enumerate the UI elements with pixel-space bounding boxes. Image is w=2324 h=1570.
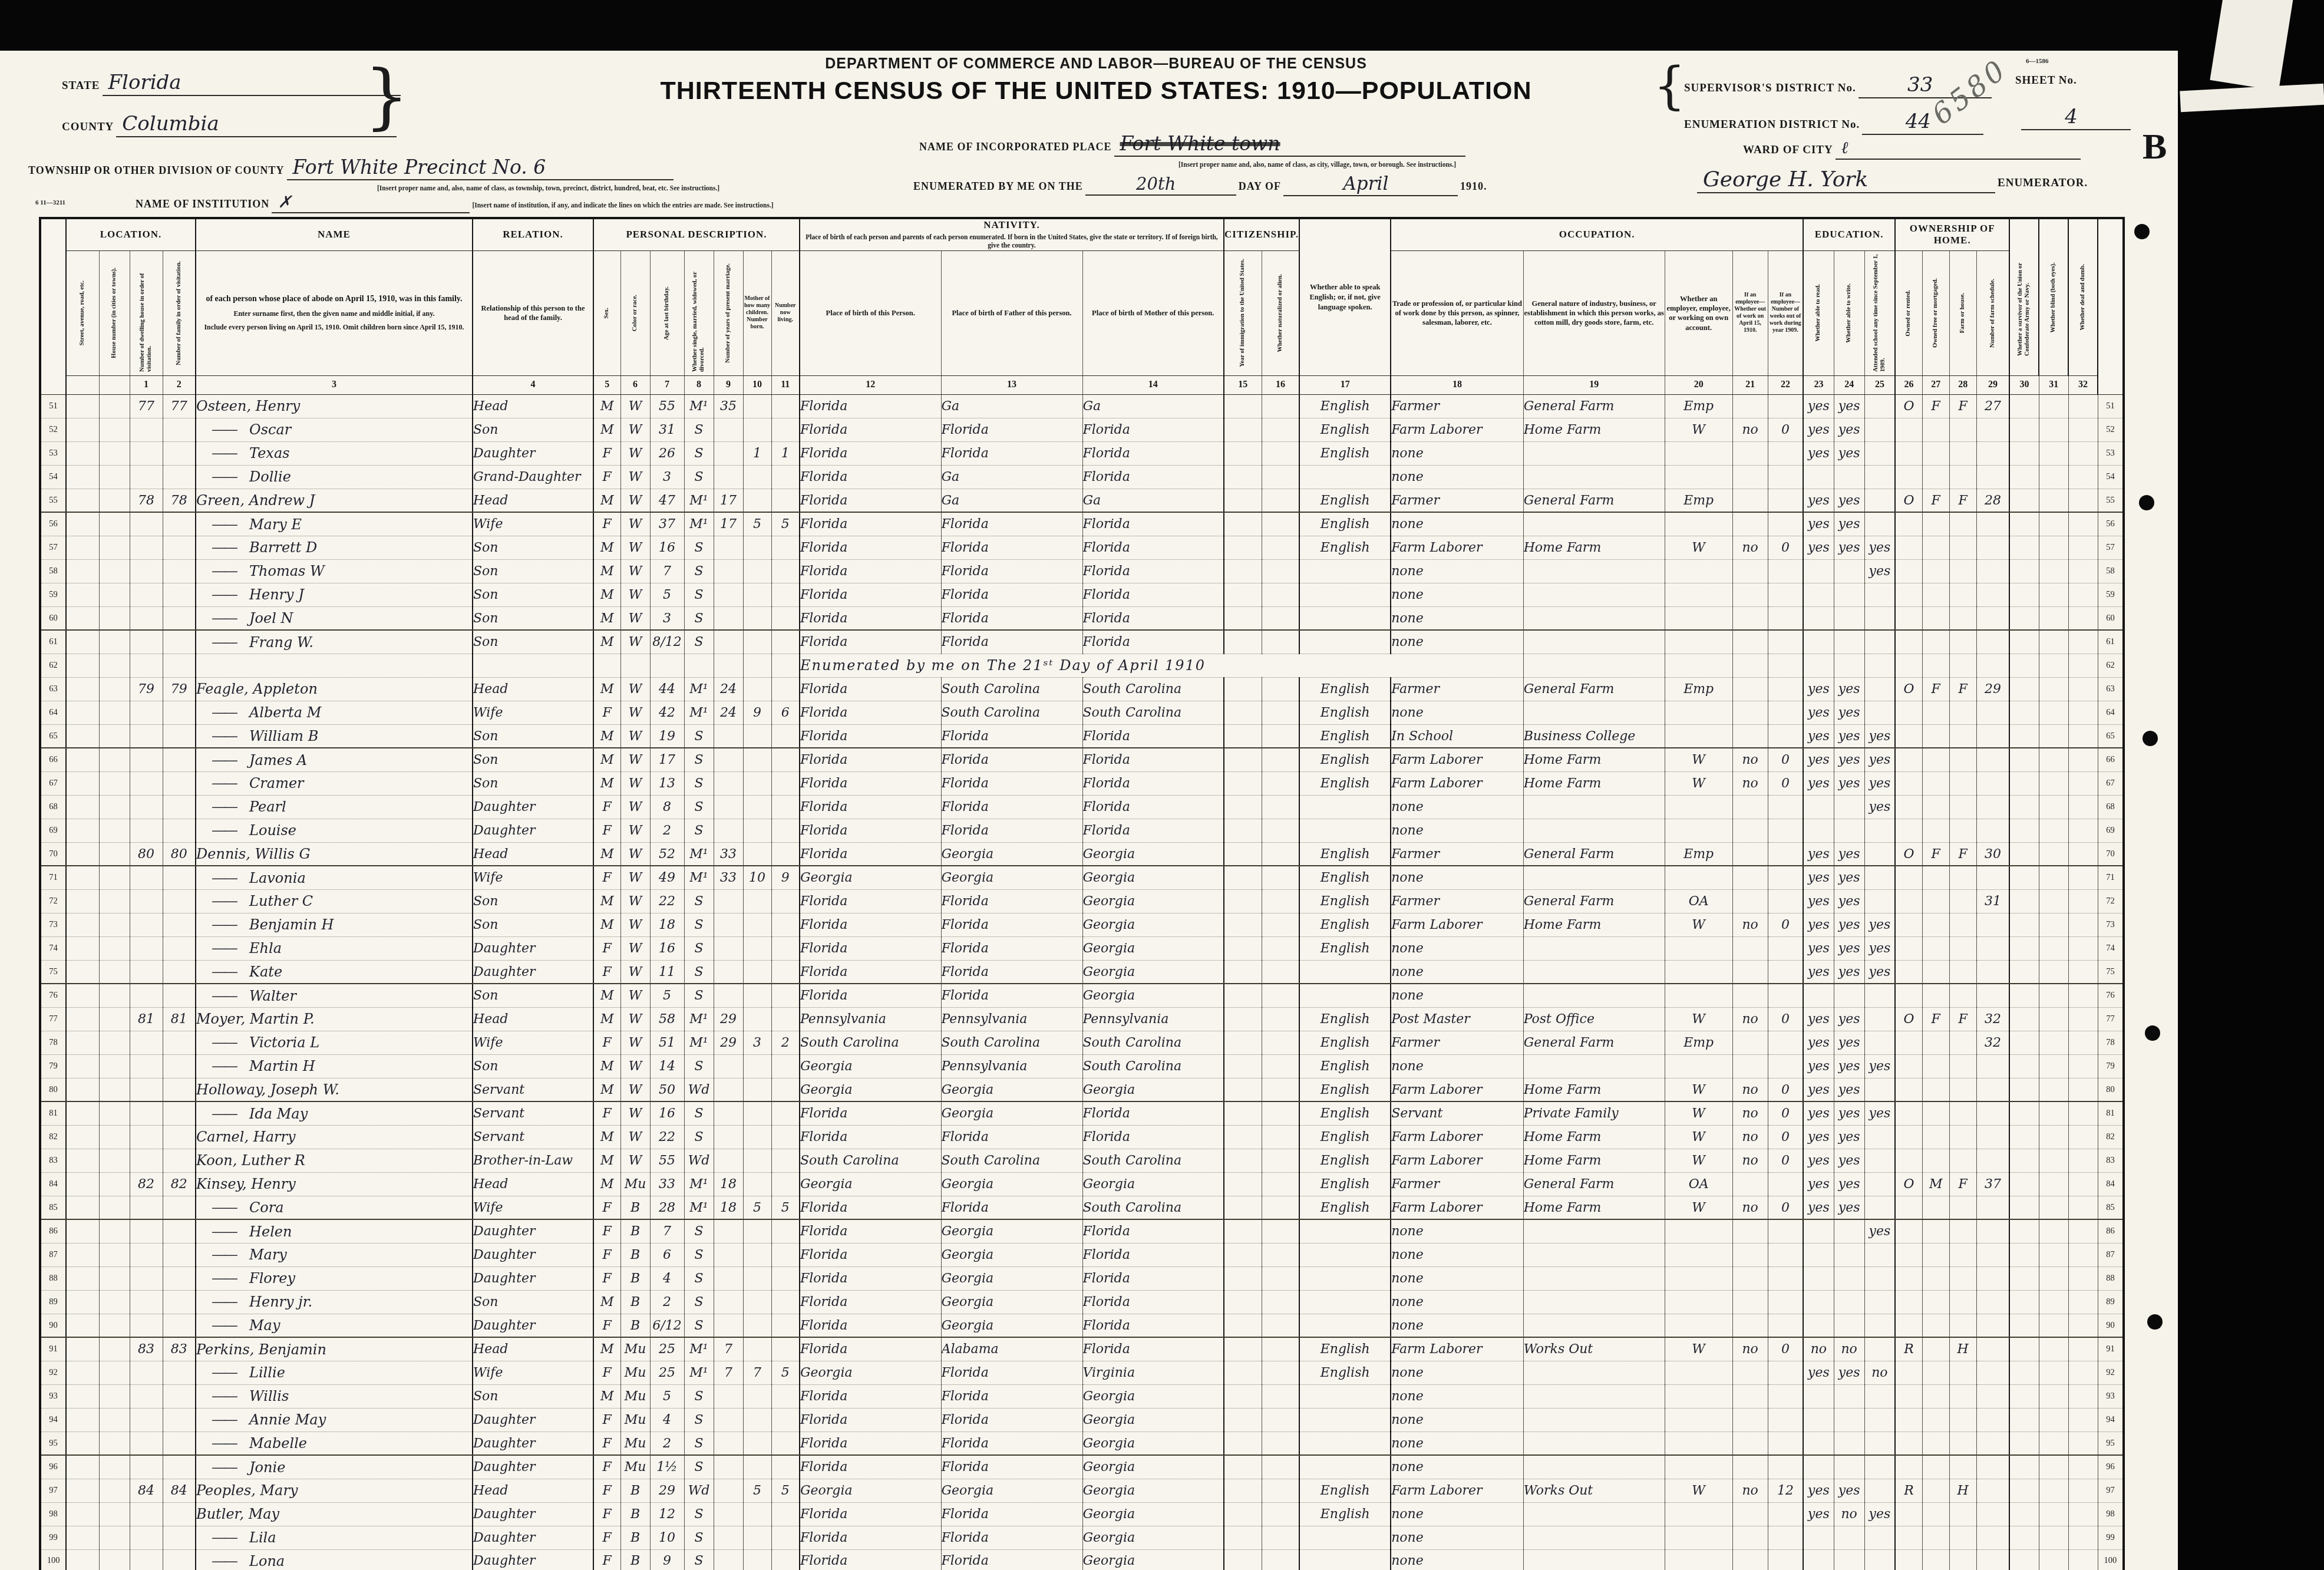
cell-oc: Farmer — [1391, 889, 1523, 913]
cell-o9 — [1976, 536, 2009, 559]
cell-ind: General Farm — [1523, 1031, 1665, 1054]
cell-v1 — [2039, 1337, 2068, 1361]
cell-pm: Georgia — [1082, 1172, 1224, 1196]
cell-em — [1665, 984, 1732, 1007]
cell-v0 — [2009, 1290, 2039, 1314]
cell-v2 — [2068, 1007, 2098, 1031]
cell-v0 — [2009, 1196, 2039, 1219]
cell-o8: F — [1949, 1007, 1976, 1031]
line-number-right: 74 — [2098, 936, 2124, 960]
cell-v0 — [2009, 1031, 2039, 1054]
cell-d: 81 — [130, 1007, 163, 1031]
cell-ow — [1732, 1243, 1768, 1266]
cell-oc: none — [1391, 1526, 1523, 1549]
cell-rel: Son — [473, 583, 593, 606]
cell-sc: yes — [1864, 913, 1895, 936]
cell-o6 — [1895, 1266, 1922, 1290]
table-row: 90——MayDaughterFB6/12SFloridaGeorgiaFlor… — [40, 1314, 2124, 1337]
cell-ms: S — [684, 630, 714, 654]
column-number: 30 — [2009, 375, 2039, 394]
line-number-right: 51 — [2098, 394, 2124, 418]
line-number-right: 82 — [2098, 1125, 2124, 1149]
cell-o6 — [1895, 654, 1922, 677]
cell-wr — [1834, 1526, 1864, 1549]
cell-co: B — [620, 1502, 650, 1526]
cell-sx: F — [593, 1455, 620, 1479]
cell-cb — [743, 889, 771, 913]
table-header: LOCATION.NAMERELATION.PERSONAL DESCRIPTI… — [40, 218, 2124, 394]
cell-name: ——Lona — [196, 1549, 473, 1570]
cell-cb — [743, 1384, 771, 1408]
cell-ind — [1523, 559, 1665, 583]
cell-em — [1665, 1526, 1732, 1549]
cell-sx: M — [593, 583, 620, 606]
column-desc-pm: Place of birth of Mother of this person. — [1082, 250, 1224, 375]
cell-ym — [714, 1384, 743, 1408]
cell-street — [66, 1479, 99, 1502]
line-number-right: 80 — [2098, 1078, 2124, 1101]
cell-wr — [1834, 559, 1864, 583]
cell-oc: none — [1391, 606, 1523, 630]
cell-d — [130, 1314, 163, 1337]
cell-age: 28 — [650, 1196, 684, 1219]
cell-ind: Home Farm — [1523, 1149, 1665, 1172]
cell-v2 — [2068, 795, 2098, 819]
cell-house — [99, 842, 130, 866]
cell-cb — [743, 724, 771, 748]
cell-o8 — [1949, 1031, 1976, 1054]
cell-ms: S — [684, 1408, 714, 1432]
cell-pb: Florida — [800, 1549, 941, 1570]
cell-sx: F — [593, 1219, 620, 1243]
cell-v2 — [2068, 1031, 2098, 1054]
cell-o7 — [1922, 748, 1949, 771]
cell-oc: none — [1391, 1243, 1523, 1266]
cell-age: 51 — [650, 1031, 684, 1054]
cell-pm: Georgia — [1082, 1408, 1224, 1432]
cell-co: W — [620, 1078, 650, 1101]
line-number-right: 58 — [2098, 559, 2124, 583]
cell-ms: M¹ — [684, 512, 714, 536]
cell-en — [1299, 1219, 1391, 1243]
cell-pb: Florida — [800, 630, 941, 654]
cell-d — [130, 654, 163, 677]
cell-wr — [1834, 795, 1864, 819]
cell-sc — [1864, 1337, 1895, 1361]
cell-age: 47 — [650, 489, 684, 512]
cell-na — [1262, 1455, 1299, 1479]
table-row: 65——William BSonMW19SFloridaFloridaFlori… — [40, 724, 2124, 748]
cell-o6 — [1895, 1361, 1922, 1384]
cell-o7 — [1922, 1125, 1949, 1149]
column-desc-pf: Place of birth of Father of this person. — [941, 250, 1082, 375]
cell-name: Koon, Luther R — [196, 1149, 473, 1172]
cell-d — [130, 771, 163, 795]
cell-name: ——Lavonia — [196, 866, 473, 889]
cell-street — [66, 748, 99, 771]
cell-im — [1224, 465, 1262, 489]
cell-sc: yes — [1864, 1054, 1895, 1078]
cell-cb — [743, 1290, 771, 1314]
cell-im — [1224, 1007, 1262, 1031]
cell-en — [1299, 630, 1391, 654]
column-number: 7 — [650, 375, 684, 394]
cell-v2 — [2068, 1479, 2098, 1502]
cell-cl — [771, 1219, 800, 1243]
cell-v1 — [2039, 960, 2068, 984]
cell-o9: 30 — [1976, 842, 2009, 866]
cell-im — [1224, 1455, 1262, 1479]
cell-o6 — [1895, 795, 1922, 819]
cell-street — [66, 512, 99, 536]
line-number-right: 65 — [2098, 724, 2124, 748]
cell-ym — [714, 1290, 743, 1314]
column-group-12: Whether blind (both eyes). — [2039, 218, 2068, 375]
cell-rel: Daughter — [473, 1408, 593, 1432]
cell-na — [1262, 819, 1299, 842]
cell-ind: General Farm — [1523, 489, 1665, 512]
cell-v1 — [2039, 1455, 2068, 1479]
cell-pm: Florida — [1082, 630, 1224, 654]
cell-o6 — [1895, 1455, 1922, 1479]
cell-rd — [1803, 1243, 1834, 1266]
line-number-left: 94 — [40, 1408, 66, 1432]
cell-f — [163, 1384, 196, 1408]
cell-sx: F — [593, 1101, 620, 1125]
column-number: 16 — [1262, 375, 1299, 394]
table-row: 88——FloreyDaughterFB4SFloridaGeorgiaFlor… — [40, 1266, 2124, 1290]
cell-cb — [743, 606, 771, 630]
cell-d — [130, 1384, 163, 1408]
cell-name: ——Alberta M — [196, 701, 473, 724]
cell-o6: O — [1895, 1172, 1922, 1196]
cell-im — [1224, 913, 1262, 936]
table-row: 92——LillieWifeFMu25M¹775GeorgiaFloridaVi… — [40, 1361, 2124, 1384]
cell-pb: Florida — [800, 771, 941, 795]
cell-rd: no — [1803, 1337, 1834, 1361]
cell-sx: F — [593, 936, 620, 960]
cell-d — [130, 1455, 163, 1479]
cell-en: English — [1299, 913, 1391, 936]
cell-house — [99, 1455, 130, 1479]
cell-v2 — [2068, 1290, 2098, 1314]
cell-o8 — [1949, 1549, 1976, 1570]
cell-d — [130, 583, 163, 606]
cell-pm: Florida — [1082, 1101, 1224, 1125]
table-row: 52——OscarSonMW31SFloridaFloridaFloridaEn… — [40, 418, 2124, 441]
cell-en — [1299, 1455, 1391, 1479]
cell-pm: Georgia — [1082, 1432, 1224, 1455]
cell-sc — [1864, 1290, 1895, 1314]
enumerated-label: ENUMERATED BY ME ON THE — [913, 180, 1083, 192]
cell-ow — [1732, 394, 1768, 418]
column-number: 5 — [593, 375, 620, 394]
cell-o6 — [1895, 465, 1922, 489]
cell-o8 — [1949, 418, 1976, 441]
cell-o7: F — [1922, 842, 1949, 866]
county-value: Columbia — [122, 112, 219, 136]
line-number-right: 56 — [2098, 512, 2124, 536]
cell-o9: 27 — [1976, 394, 2009, 418]
cell-em — [1665, 960, 1732, 984]
cell-o7 — [1922, 1219, 1949, 1243]
cell-pf: South Carolina — [941, 677, 1082, 701]
cell-ym — [714, 1479, 743, 1502]
cell-rd: yes — [1803, 1149, 1834, 1172]
cell-o6 — [1895, 1243, 1922, 1266]
cell-f — [163, 1290, 196, 1314]
cell-house — [99, 1125, 130, 1149]
cell-wk — [1768, 512, 1803, 536]
cell-sx: F — [593, 960, 620, 984]
cell-house — [99, 583, 130, 606]
line-number-column — [40, 218, 66, 394]
punch-hole — [2139, 495, 2154, 510]
enumerator-label: ENUMERATOR. — [1998, 177, 2088, 189]
cell-d — [130, 1361, 163, 1384]
cell-na — [1262, 1408, 1299, 1432]
cell-o7 — [1922, 1290, 1949, 1314]
township-label: TOWNSHIP OR OTHER DIVISION OF COUNTY — [28, 164, 285, 176]
cell-o6 — [1895, 1149, 1922, 1172]
cell-ym — [714, 724, 743, 748]
cell-oc: Farm Laborer — [1391, 748, 1523, 771]
cell-o7 — [1922, 1502, 1949, 1526]
cell-v2 — [2068, 1432, 2098, 1455]
cell-ym: 18 — [714, 1196, 743, 1219]
line-number-left: 95 — [40, 1432, 66, 1455]
cell-wr — [1834, 630, 1864, 654]
column-desc-rd: Whether able to read. — [1803, 250, 1834, 375]
cell-v1 — [2039, 1196, 2068, 1219]
cell-v1 — [2039, 559, 2068, 583]
cell-rd: yes — [1803, 1172, 1834, 1196]
cell-cb — [743, 842, 771, 866]
state-label: STATE — [62, 80, 100, 92]
cell-o8 — [1949, 1196, 1976, 1219]
cell-v2 — [2068, 701, 2098, 724]
cell-v0 — [2009, 512, 2039, 536]
cell-im — [1224, 819, 1262, 842]
cell-o9 — [1976, 1149, 2009, 1172]
cell-ind: Home Farm — [1523, 913, 1665, 936]
line-number-right: 66 — [2098, 748, 2124, 771]
cell-o7: M — [1922, 1172, 1949, 1196]
table-row: 848282Kinsey, HenryHeadMMu33M¹18GeorgiaG… — [40, 1172, 2124, 1196]
cell-age: 10 — [650, 1526, 684, 1549]
cell-o6 — [1895, 889, 1922, 913]
cell-ms: M¹ — [684, 1196, 714, 1219]
cell-wk — [1768, 1408, 1803, 1432]
cell-na — [1262, 559, 1299, 583]
cell-pm: Florida — [1082, 1125, 1224, 1149]
cell-cb: 5 — [743, 1479, 771, 1502]
cell-ow — [1732, 512, 1768, 536]
cell-cl — [771, 842, 800, 866]
line-number-right: 57 — [2098, 536, 2124, 559]
cell-rel: Head — [473, 1337, 593, 1361]
cell-co: B — [620, 1314, 650, 1337]
cell-house — [99, 1078, 130, 1101]
cell-cl — [771, 1149, 800, 1172]
cell-pf: Florida — [941, 441, 1082, 465]
cell-ow — [1732, 606, 1768, 630]
cell-cb — [743, 1149, 771, 1172]
column-desc-o6: Owned or rented. — [1895, 250, 1922, 375]
cell-rel: Son — [473, 606, 593, 630]
column-desc-house: House number (in cities or towns). — [99, 250, 130, 375]
line-number-left: 96 — [40, 1455, 66, 1479]
cell-co: W — [620, 1125, 650, 1149]
line-number-left: 93 — [40, 1384, 66, 1408]
table-row: 85——CoraWifeFB28M¹1855FloridaFloridaSout… — [40, 1196, 2124, 1219]
cell-em — [1665, 465, 1732, 489]
table-row: 978484Peoples, MaryHeadFB29Wd55GeorgiaGe… — [40, 1479, 2124, 1502]
cell-cl — [771, 1455, 800, 1479]
cell-pf: Georgia — [941, 1243, 1082, 1266]
cell-age: 31 — [650, 418, 684, 441]
cell-ym: 24 — [714, 677, 743, 701]
cell-em — [1665, 512, 1732, 536]
cell-sx: M — [593, 724, 620, 748]
cell-oc: none — [1391, 701, 1523, 724]
cell-en: English — [1299, 1078, 1391, 1101]
cell-ind — [1523, 984, 1665, 1007]
cell-co: W — [620, 771, 650, 795]
cell-ms: Wd — [684, 1078, 714, 1101]
cell-house — [99, 1031, 130, 1054]
cell-oc: none — [1391, 1384, 1523, 1408]
cell-age: 16 — [650, 936, 684, 960]
cell-oc: Post Master — [1391, 1007, 1523, 1031]
cell-ind: Private Family — [1523, 1101, 1665, 1125]
cell-o6 — [1895, 819, 1922, 842]
cell-em — [1665, 936, 1732, 960]
cell-f — [163, 1101, 196, 1125]
cell-oc: none — [1391, 819, 1523, 842]
cell-rd: yes — [1803, 1502, 1834, 1526]
cell-ym: 35 — [714, 394, 743, 418]
cell-wr: yes — [1834, 1125, 1864, 1149]
cell-cl: 5 — [771, 1361, 800, 1384]
cell-o8 — [1949, 771, 1976, 795]
cell-rd — [1803, 630, 1834, 654]
cell-cb — [743, 1172, 771, 1196]
cell-rd — [1803, 1455, 1834, 1479]
line-number-right: 90 — [2098, 1314, 2124, 1337]
institution-value: ✗ — [278, 192, 291, 212]
cell-cl — [771, 489, 800, 512]
cell-v1 — [2039, 819, 2068, 842]
table-row: 93——WillisSonMMu5SFloridaFloridaGeorgian… — [40, 1384, 2124, 1408]
cell-ym — [714, 1149, 743, 1172]
cell-ms: S — [684, 1502, 714, 1526]
cell-pf: South Carolina — [941, 1149, 1082, 1172]
cell-im — [1224, 1408, 1262, 1432]
column-desc-o8: Farm or house. — [1949, 250, 1976, 375]
cell-v0 — [2009, 536, 2039, 559]
cell-co: B — [620, 1526, 650, 1549]
cell-wr: yes — [1834, 489, 1864, 512]
cell-sc — [1864, 842, 1895, 866]
cell-pf: Florida — [941, 795, 1082, 819]
cell-oc: none — [1391, 1432, 1523, 1455]
cell-v0 — [2009, 913, 2039, 936]
cell-v0 — [2009, 1101, 2039, 1125]
cell-em — [1665, 1266, 1732, 1290]
cell-f — [163, 748, 196, 771]
cell-ms: S — [684, 748, 714, 771]
cell-sc: yes — [1864, 748, 1895, 771]
cell-o8: H — [1949, 1337, 1976, 1361]
line-number-right: 76 — [2098, 984, 2124, 1007]
cell-im — [1224, 1526, 1262, 1549]
cell-ms: S — [684, 1243, 714, 1266]
cell-em — [1665, 583, 1732, 606]
cell-pb: Florida — [800, 465, 941, 489]
line-number-left: 59 — [40, 583, 66, 606]
incorporated-place-field: NAME OF INCORPORATED PLACE Fort White to… — [919, 132, 1465, 157]
cell-d — [130, 1054, 163, 1078]
cell-cl — [771, 654, 800, 677]
cell-wr — [1834, 606, 1864, 630]
cell-em: W — [1665, 1007, 1732, 1031]
cell-o8 — [1949, 465, 1976, 489]
cell-age: 4 — [650, 1408, 684, 1432]
cell-o6 — [1895, 1196, 1922, 1219]
cell-sc — [1864, 1078, 1895, 1101]
cell-street — [66, 606, 99, 630]
cell-d — [130, 1196, 163, 1219]
table-row: 87——MaryDaughterFB6SFloridaGeorgiaFlorid… — [40, 1243, 2124, 1266]
cell-o9 — [1976, 960, 2009, 984]
cell-oc: none — [1391, 512, 1523, 536]
cell-cl — [771, 1432, 800, 1455]
cell-cl: 9 — [771, 866, 800, 889]
cell-sc: yes — [1864, 960, 1895, 984]
cell-em: W — [1665, 1125, 1732, 1149]
line-number-left: 52 — [40, 418, 66, 441]
cell-o8 — [1949, 1432, 1976, 1455]
cell-sx: F — [593, 819, 620, 842]
cell-v2 — [2068, 889, 2098, 913]
cell-house — [99, 1337, 130, 1361]
cell-im — [1224, 512, 1262, 536]
cell-ms: M¹ — [684, 1031, 714, 1054]
cell-o7 — [1922, 1149, 1949, 1172]
cell-v2 — [2068, 1455, 2098, 1479]
cell-wk — [1768, 1219, 1803, 1243]
cell-ms: M¹ — [684, 1007, 714, 1031]
cell-cl — [771, 795, 800, 819]
cell-wr: yes — [1834, 677, 1864, 701]
cell-wk — [1768, 1384, 1803, 1408]
cell-cl — [771, 724, 800, 748]
cell-name: ——Lila — [196, 1526, 473, 1549]
cell-rel: Daughter — [473, 795, 593, 819]
table-row: 56——Mary EWifeFW37M¹1755FloridaFloridaFl… — [40, 512, 2124, 536]
enumerated-day: 20th — [1136, 174, 1176, 194]
cell-o6 — [1895, 1502, 1922, 1526]
cell-street — [66, 630, 99, 654]
line-number-right: 71 — [2098, 866, 2124, 889]
cell-ym — [714, 654, 743, 677]
line-number-right: 97 — [2098, 1479, 2124, 1502]
cell-name: Carnel, Harry — [196, 1125, 473, 1149]
column-desc-d: Number of dwelling house in order of vis… — [130, 250, 163, 375]
cell-d: 83 — [130, 1337, 163, 1361]
cell-ym: 17 — [714, 489, 743, 512]
